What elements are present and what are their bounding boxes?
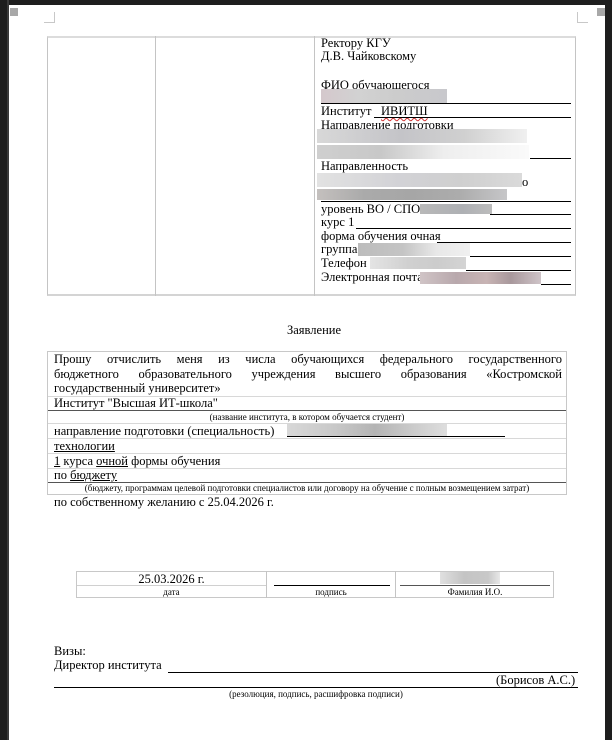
redacted-email	[420, 272, 541, 284]
email-underline	[541, 284, 571, 285]
redacted-focus	[317, 173, 522, 187]
reason-line: по собственному желанию с 25.04.2026 г.	[54, 495, 274, 509]
row-divider	[48, 468, 566, 469]
direction-line-tail: технологии	[54, 439, 115, 453]
redacted-level	[420, 204, 492, 214]
institute-underline-doc	[48, 410, 566, 411]
header-table	[47, 36, 576, 296]
window-frame-right	[605, 0, 612, 740]
direction-line-label: направление подготовки (специальность)	[54, 424, 274, 438]
row-divider	[48, 438, 566, 439]
body-line-2: бюджетного образовательного учреждения в…	[54, 367, 562, 381]
institute-value[interactable]: ИВИТШ	[381, 104, 428, 118]
page-corner-marker	[10, 8, 18, 16]
group-label: группа	[321, 242, 357, 256]
name-line	[400, 585, 550, 586]
sign-label: подпись	[267, 587, 395, 598]
redacted-student-name	[440, 572, 500, 584]
redacted-fio	[321, 89, 447, 103]
page-corner-marker	[597, 8, 605, 16]
funding-line: по бюджету	[54, 468, 117, 482]
table-divider	[155, 36, 156, 296]
director-label: Директор института	[54, 658, 162, 672]
director-name: (Борисов А.С.)	[496, 673, 575, 687]
direction-underline	[530, 158, 571, 159]
signature-line	[274, 585, 390, 586]
date-label: дата	[77, 587, 266, 598]
window-frame-left	[0, 0, 9, 740]
group-underline	[470, 256, 571, 257]
visas-title: Визы:	[54, 644, 86, 658]
document-title: Заявление	[287, 323, 341, 337]
body-line-3: государственный университет»	[54, 381, 221, 395]
phone-label: Телефон	[321, 256, 367, 270]
body-line-1: Прошу отчислить меня из числа обучающихс…	[54, 352, 562, 366]
resolution-line	[54, 687, 578, 688]
table-divider	[314, 36, 315, 296]
specialty-underline	[287, 436, 505, 437]
director-hint: (резолюция, подпись, расшифровка подписи…	[54, 689, 578, 700]
signature-date: 25.03.2026 г.	[77, 572, 266, 586]
redacted-group	[358, 243, 470, 256]
institute-line: Институт "Высшая ИТ-школа"	[54, 396, 218, 410]
redacted-phone	[370, 257, 466, 269]
phone-underline	[466, 270, 571, 271]
level-label: уровень ВО / СПО	[321, 202, 420, 216]
name-label: Фамилия И.О.	[396, 587, 554, 598]
email-label: Электронная почта	[321, 270, 423, 284]
level-underline	[490, 214, 571, 215]
recipient-line2: Д.В. Чайковскому	[321, 49, 416, 63]
funding-hint: (бюджету, программам целевой подготовки …	[48, 483, 566, 494]
institute-hint: (название института, в котором обучается…	[48, 412, 566, 423]
focus-trailing: о	[522, 175, 528, 189]
institute-label: Институт	[321, 104, 371, 118]
margin-mark	[577, 12, 588, 23]
redacted-direction-2	[317, 145, 529, 159]
redacted-direction	[317, 129, 527, 143]
course-line: 1 курса очной формы обучения	[54, 454, 220, 468]
course-label: курс 1	[321, 215, 354, 229]
margin-mark	[44, 12, 55, 23]
recipient-line1: Ректору КГУ	[321, 36, 391, 50]
redacted-focus-2	[317, 189, 507, 200]
focus-label: Направленность	[321, 159, 408, 173]
study-form-label: форма обучения очная	[321, 229, 441, 243]
window-frame-top	[0, 0, 612, 5]
